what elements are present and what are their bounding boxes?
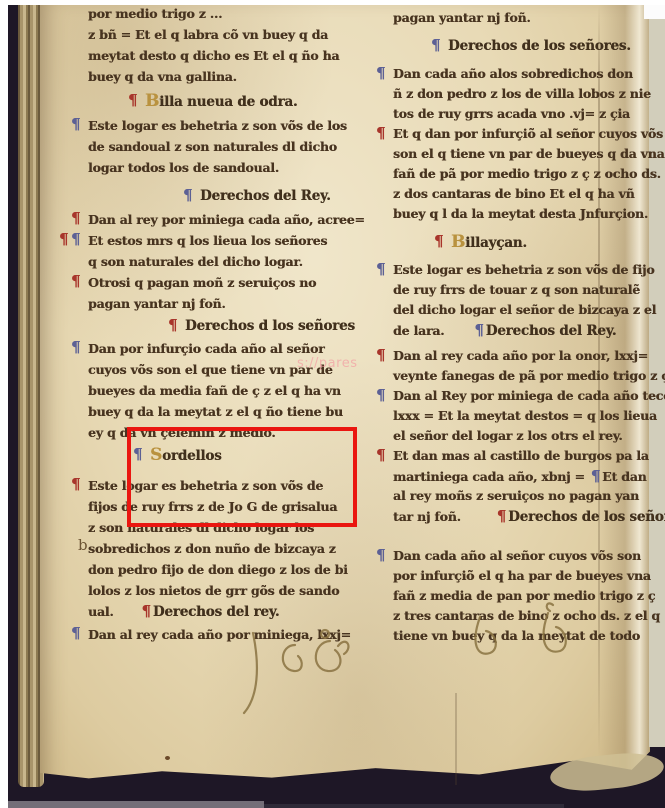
pilcrow-icon: ¶ (183, 183, 199, 207)
text-line: fañ z media de pan por medio trigo z ç (393, 586, 655, 606)
text-line: pagan yantar nj foñ. (88, 293, 340, 314)
line-text: z dos cantaras de bino Et el q ha vñ (393, 186, 634, 201)
line-text: meytat desto q dicho es Et el q ño ha (88, 48, 339, 63)
line-text: tos de ruy grrs acada vno .vj= z çia (393, 106, 630, 121)
line-text: don pedro fijo de don diego z los de bi (88, 562, 348, 577)
section-heading: ¶Billayçan. (451, 230, 655, 254)
text-line: q son naturales del dicho logar. (88, 251, 340, 272)
text-line: ¶Este logar es behetria z son võs de fij… (393, 260, 655, 280)
text-line: ¶Otrosi q pagan moñ z seruiços no (88, 272, 340, 293)
text-line: logar todos los de sandoual. (88, 157, 340, 178)
pilcrow-icon: ¶ (71, 623, 87, 644)
line-text: cuyos võs son el que tiene vn par de (88, 362, 333, 377)
heading-text: Derechos del Rey. (200, 188, 331, 204)
line-text: de sandoual z son naturales dl dicho (88, 139, 337, 154)
pilcrow-icon: ¶ (434, 229, 450, 253)
section-heading: ¶Derechos del Rey. (200, 184, 340, 208)
text-line: z bñ = Et el q labra cõ vn buey q da (88, 24, 340, 45)
line-text: Dan al Rey por miniega de cada año tecc. (393, 388, 665, 403)
text-line: por medio trigo z ... (88, 5, 340, 24)
paragraph-block: ¶Dan al rey cada año por la onor, lxxj=v… (393, 346, 655, 526)
pilcrow-icon: ¶ (71, 337, 87, 358)
line-text: Otrosi q pagan moñ z seruiços no (88, 275, 316, 290)
section-heading: ¶Derechos d los señores (185, 314, 340, 338)
line-text: Dan al rey cada año por la onor, lxxj= (393, 348, 648, 363)
pilcrow-icon: ¶ (376, 545, 392, 565)
line-text: por medio trigo z ... (88, 6, 222, 21)
pilcrow-icon: ¶ (376, 259, 392, 279)
text-line: ¶¶Et estos mrs q los lieua los señores (88, 230, 340, 251)
line-text: ual. (88, 604, 114, 619)
paragraph-block: pagan yantar nj foñ. (393, 8, 655, 28)
line-text: z bñ = Et el q labra cõ vn buey q da (88, 27, 328, 42)
text-line: del dicho logar el señor de bizcaya z el (393, 300, 655, 320)
marginal-letter: b (78, 536, 88, 554)
inline-heading: ¶Et dan (591, 466, 647, 487)
inline-heading-text: Derechos de los señores (508, 509, 665, 525)
paragraph-block: ¶Este logar es behetria z son võs de fij… (393, 260, 655, 340)
line-text: al rey moñs z seruiços no pagan yan (393, 488, 639, 503)
line-text: el señor del logar z los otrs el rey. (393, 428, 622, 443)
text-line: meytat desto q dicho es Et el q ño ha (88, 45, 340, 66)
gold-initial: B (145, 91, 159, 111)
section-heading: ¶Derechos de los señores. (448, 34, 655, 58)
paragraph-block: ¶Dan cada año alos sobredichos donñ z do… (393, 64, 655, 224)
text-line: ¶Et q dan por infurçiõ al señor cuyos võ… (393, 124, 655, 144)
text-line: veynte fanegas de pã por medio trigo z ç… (393, 366, 655, 386)
pilcrow-icon: ¶ (71, 208, 87, 229)
text-line: bueyes da media fañ de ç z el q ha vn (88, 380, 340, 401)
text-column-right: pagan yantar nj foñ.¶Derechos de los señ… (393, 8, 655, 646)
inline-heading-text: Derechos del Rey. (486, 323, 617, 339)
inline-heading: ¶Derechos de los señores (497, 506, 665, 527)
text-line: ¶Dan al rey cada año por miniega, lxxj= (88, 624, 340, 645)
line-text: del dicho logar el señor de bizcaya z el (393, 302, 656, 317)
pilcrow-icon: ¶ (591, 466, 600, 486)
line-text: lolos z los nietos de grr gõs de sando (88, 583, 339, 598)
line-text: ñ z don pedro z los de villa lobos z nie (393, 86, 651, 101)
text-line: ¶Este logar es behetria z son võs de los (88, 115, 340, 136)
line-text: Este logar es behetria z son võs de los (88, 118, 347, 133)
ink-spot (165, 756, 170, 760)
text-line: son el q tiene vn par de bueyes q da vna (393, 144, 655, 164)
text-line: don pedro fijo de don diego z los de bi (88, 559, 340, 580)
text-line: ¶Et dan mas al castillo de burgos pa la (393, 446, 655, 466)
text-line: de sandoual z son naturales dl dicho (88, 136, 340, 157)
pilcrow-icon: ¶ (497, 506, 506, 526)
text-line: ¶Dan al rey cada año por la onor, lxxj= (393, 346, 655, 366)
line-text: tiene vn buey q da la meytat de todo (393, 628, 640, 643)
highlight-annotation-box (127, 427, 357, 527)
line-text: z tres cantaras de bino z ocho ds. z el … (393, 608, 660, 623)
heading-text: Billa nueua de odra. (145, 94, 297, 110)
text-line: de ruy frrs de touar z q son naturalẽ (393, 280, 655, 300)
line-text: fañ z media de pan por medio trigo z ç (393, 588, 655, 603)
text-line: tar nj foñ.¶Derechos de los señores (393, 506, 655, 526)
text-line: ñ z don pedro z los de villa lobos z nie (393, 84, 655, 104)
line-text: sobredichos z don nuño de bizcaya z (88, 541, 336, 556)
pilcrow-icon: ¶ (168, 313, 184, 337)
line-text: fañ de pã por medio trigo z ç z ocho ds. (393, 166, 661, 181)
inline-heading-text: Derechos del rey. (153, 604, 280, 620)
text-line: martiniega cada año, xbnj =¶Et dan (393, 466, 655, 486)
line-text: Dan al rey por miniega cada año, acree= (88, 212, 365, 227)
watermark-text: s://pares (297, 356, 357, 371)
pilcrow-icon: ¶ (376, 385, 392, 405)
heading-text: Billayçan. (451, 235, 527, 251)
text-line: ¶Dan al rey por miniega cada año, acree= (88, 209, 340, 230)
line-text: son el q tiene vn par de bueyes q da vna (393, 146, 664, 161)
paragraph-block: ¶Este logar es behetria z son võs de los… (88, 115, 340, 178)
text-line: buey q da la meytat z el q ño tiene bu (88, 401, 340, 422)
line-text: Et estos mrs q los lieua los señores (88, 233, 327, 248)
text-line: buey q l da la meytat desta Jnfurçion. (393, 204, 655, 224)
line-text: Dan cada año al señor cuyos võs son (393, 548, 641, 563)
pilcrow-icon: ¶ (376, 123, 392, 143)
text-line: ual.¶Derechos del rey. (88, 601, 340, 622)
text-line: por infurçiõ el q ha par de bueyes vna (393, 566, 655, 586)
line-text: q son naturales del dicho logar. (88, 254, 303, 269)
text-line: buey q da vna gallina. (88, 66, 340, 87)
section-heading: ¶Billa nueua de odra. (145, 89, 340, 113)
line-text: tar nj foñ. (393, 509, 461, 524)
scan-bottom-strip (8, 801, 264, 808)
pilcrow-icon: ¶ (71, 114, 87, 135)
line-text: de lara. (393, 323, 444, 338)
line-text: Et q dan por infurçiõ al señor cuyos võs (393, 126, 663, 141)
line-text: buey q da vna gallina. (88, 69, 237, 84)
line-text: Dan al rey cada año por miniega, lxxj= (88, 627, 351, 642)
line-text: buey q l da la meytat desta Jnfurçion. (393, 206, 648, 221)
line-text: por infurçiõ el q ha par de bueyes vna (393, 568, 651, 583)
pilcrow-icon: ¶ (71, 229, 87, 250)
inline-heading-text: Et dan (602, 469, 646, 484)
scan-bottom-strip-dark (264, 804, 564, 808)
pilcrow-icon: ¶ (376, 345, 392, 365)
text-line: lolos z los nietos de grr gõs de sando (88, 580, 340, 601)
inline-heading: ¶Derechos del rey. (142, 601, 280, 623)
heading-text: Derechos de los señores. (448, 38, 631, 54)
heading-text: Derechos d los señores (185, 318, 355, 334)
line-text: Dan por infurçio cada año al señor (88, 341, 325, 356)
line-text: Este logar es behetria z son võs de fijo (393, 262, 654, 277)
text-line: ¶Dan cada año alos sobredichos don (393, 64, 655, 84)
inline-heading: ¶Derechos del Rey. (474, 320, 616, 341)
paragraph-block: ¶Dan al rey por miniega cada año, acree=… (88, 209, 340, 314)
page-crease-short (455, 693, 457, 785)
line-text: de ruy frrs de touar z q son naturalẽ (393, 282, 640, 297)
text-line: al rey moñs z seruiços no pagan yan (393, 486, 655, 506)
line-text: Dan cada año alos sobredichos don (393, 66, 633, 81)
line-text: martiniega cada año, xbnj = (393, 469, 585, 484)
text-line: ¶Dan cada año al señor cuyos võs son (393, 546, 655, 566)
text-line: de lara.¶Derechos del Rey. (393, 320, 655, 340)
text-line: el señor del logar z los otrs el rey. (393, 426, 655, 446)
line-text: bueyes da media fañ de ç z el q ha vn (88, 383, 341, 398)
line-text: pagan yantar nj foñ. (393, 10, 531, 25)
line-text: buey q da la meytat z el q ño tiene bu (88, 404, 343, 419)
text-line: tiene vn buey q da la meytat de todo (393, 626, 655, 646)
text-line: sobredichos z don nuño de bizcaya z (88, 538, 340, 559)
text-line: ¶Dan al Rey por miniega de cada año tecc… (393, 386, 655, 406)
pilcrow-icon: ¶ (71, 474, 87, 495)
manuscript-photo: por medio trigo z ...z bñ = Et el q labr… (8, 5, 665, 808)
pilcrow-icon: ¶ (142, 601, 151, 622)
paragraph-block: por medio trigo z ...z bñ = Et el q labr… (88, 5, 340, 87)
pilcrow-icon: ¶ (376, 63, 392, 83)
text-line: tos de ruy grrs acada vno .vj= z çia (393, 104, 655, 124)
line-text: lxxx = Et la meytat destos = q los lieua (393, 408, 657, 423)
line-text: logar todos los de sandoual. (88, 160, 279, 175)
pilcrow-icon: ¶ (128, 88, 144, 112)
text-line: z tres cantaras de bino z ocho ds. z el … (393, 606, 655, 626)
pilcrow-icon: ¶ (474, 320, 483, 340)
line-text: veynte fanegas de pã por medio trigo z ç… (393, 368, 665, 383)
gold-initial: B (451, 232, 465, 252)
paragraph-block: ¶Dan al rey cada año por miniega, lxxj= (88, 624, 340, 645)
line-text: pagan yantar nj foñ. (88, 296, 226, 311)
text-line: fañ de pã por medio trigo z ç z ocho ds. (393, 164, 655, 184)
text-line: z dos cantaras de bino Et el q ha vñ (393, 184, 655, 204)
text-column-left: por medio trigo z ...z bñ = Et el q labr… (88, 5, 340, 645)
pilcrow-icon: ¶ (71, 271, 87, 292)
text-line: pagan yantar nj foñ. (393, 8, 655, 28)
pilcrow-icon: ¶ (376, 445, 392, 465)
line-text: Et dan mas al castillo de burgos pa la (393, 448, 649, 463)
paragraph-block: ¶Dan cada año al señor cuyos võs sonpor … (393, 546, 655, 646)
text-line: lxxx = Et la meytat destos = q los lieua (393, 406, 655, 426)
pilcrow-icon: ¶ (431, 33, 447, 57)
